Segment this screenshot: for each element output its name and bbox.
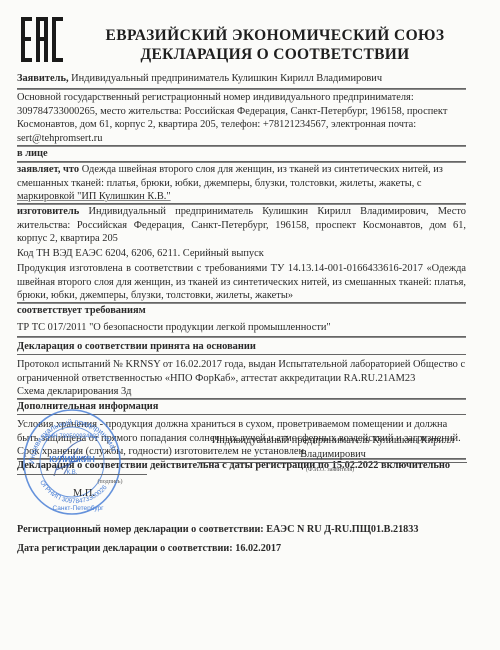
applicant-details-text: Основной государственный регистрационный…: [17, 91, 466, 132]
conforms-text: ТР ТС 017/2011 "О безопасности продукции…: [17, 321, 466, 335]
eac-mark-icon: [21, 17, 63, 62]
declaration-document: ЕВРАЗИЙСКИЙ ЭКОНОМИЧЕСКИЙ СОЮЗ ДЕКЛАРАЦИ…: [0, 0, 500, 650]
signatory-name: Индивидуальный предприниматель Кулишкин …: [198, 434, 468, 461]
declares-label: заявляет, что: [17, 164, 79, 175]
svg-text:ИНН 780500934622: ИНН 780500934622: [45, 434, 100, 440]
document-title: ДЕКЛАРАЦИЯ О СООТВЕТСТВИИ: [80, 45, 470, 64]
registration-number-label: Регистрационный номер декларации о соотв…: [17, 524, 264, 535]
manufacturer-section: изготовитель Индивидуальный предпринимат…: [17, 205, 466, 246]
marking-text: маркировкой "ИП Кулишкин К.В.": [17, 190, 466, 204]
registration-date-label: Дата регистрации декларации о соответств…: [17, 543, 233, 554]
registration-number: ЕАЭС N RU Д-RU.ПЩ01.В.21833: [266, 524, 418, 535]
divider: [17, 354, 466, 355]
union-title: ЕВРАЗИЙСКИЙ ЭКОНОМИЧЕСКИЙ СОЮЗ: [80, 26, 470, 45]
registration-date: 16.02.2017: [235, 543, 281, 554]
produced-according: Продукция изготовлена в соответствии с т…: [17, 262, 466, 303]
seal-place-label: М.П.: [73, 488, 95, 499]
divider: [17, 88, 466, 90]
name-caption: (Ф.И.О. заявителя): [280, 464, 380, 478]
applicant-value: Индивидуальный предприниматель Кулишкин …: [71, 73, 382, 84]
signatory-name-line1: Индивидуальный предприниматель Кулишкин …: [198, 434, 468, 448]
registration-number-line: Регистрационный номер декларации о соотв…: [17, 523, 466, 537]
company-seal-icon: Индивидуальный предприниматель ОГРНИП 30…: [20, 404, 124, 516]
applicant-label: Заявитель,: [17, 73, 69, 84]
in-person-label: в лице: [17, 147, 466, 161]
signature-line: [17, 474, 147, 475]
basis-text: Протокол испытаний № KRNSY от 16.02.2017…: [17, 358, 466, 385]
document-header: ЕВРАЗИЙСКИЙ ЭКОНОМИЧЕСКИЙ СОЮЗ ДЕКЛАРАЦИ…: [80, 26, 470, 64]
manufacturer-label: изготовитель: [17, 206, 79, 217]
divider: [17, 336, 466, 338]
conforms-label: соответствует требованиям: [17, 304, 466, 318]
declares-section: заявляет, что Одежда швейная второго сло…: [17, 163, 466, 204]
registration-date-line: Дата регистрации декларации о соответств…: [17, 542, 466, 556]
applicant-details: Основной государственный регистрационный…: [17, 91, 466, 145]
svg-text:Санкт-Петербург: Санкт-Петербург: [53, 504, 105, 512]
applicant-email: sert@tehpromsert.ru: [17, 132, 466, 146]
basis-label: Декларация о соответствии принята на осн…: [17, 340, 466, 354]
hs-code: Код ТН ВЭД ЕАЭС 6204, 6206, 6211. Серийн…: [17, 247, 466, 261]
name-line: [197, 462, 467, 463]
svg-text:К.В.: К.В.: [67, 470, 78, 476]
declares-text: Одежда швейная второго слоя для женщин, …: [17, 164, 443, 189]
signatory-name-line2: Владимирович: [198, 448, 468, 462]
applicant-line: Заявитель, Индивидуальный предпринимател…: [17, 72, 466, 86]
declaration-scheme: Схема декларирования 3д: [17, 385, 466, 399]
manufacturer-text: Индивидуальный предприниматель Кулишкин …: [17, 206, 466, 244]
